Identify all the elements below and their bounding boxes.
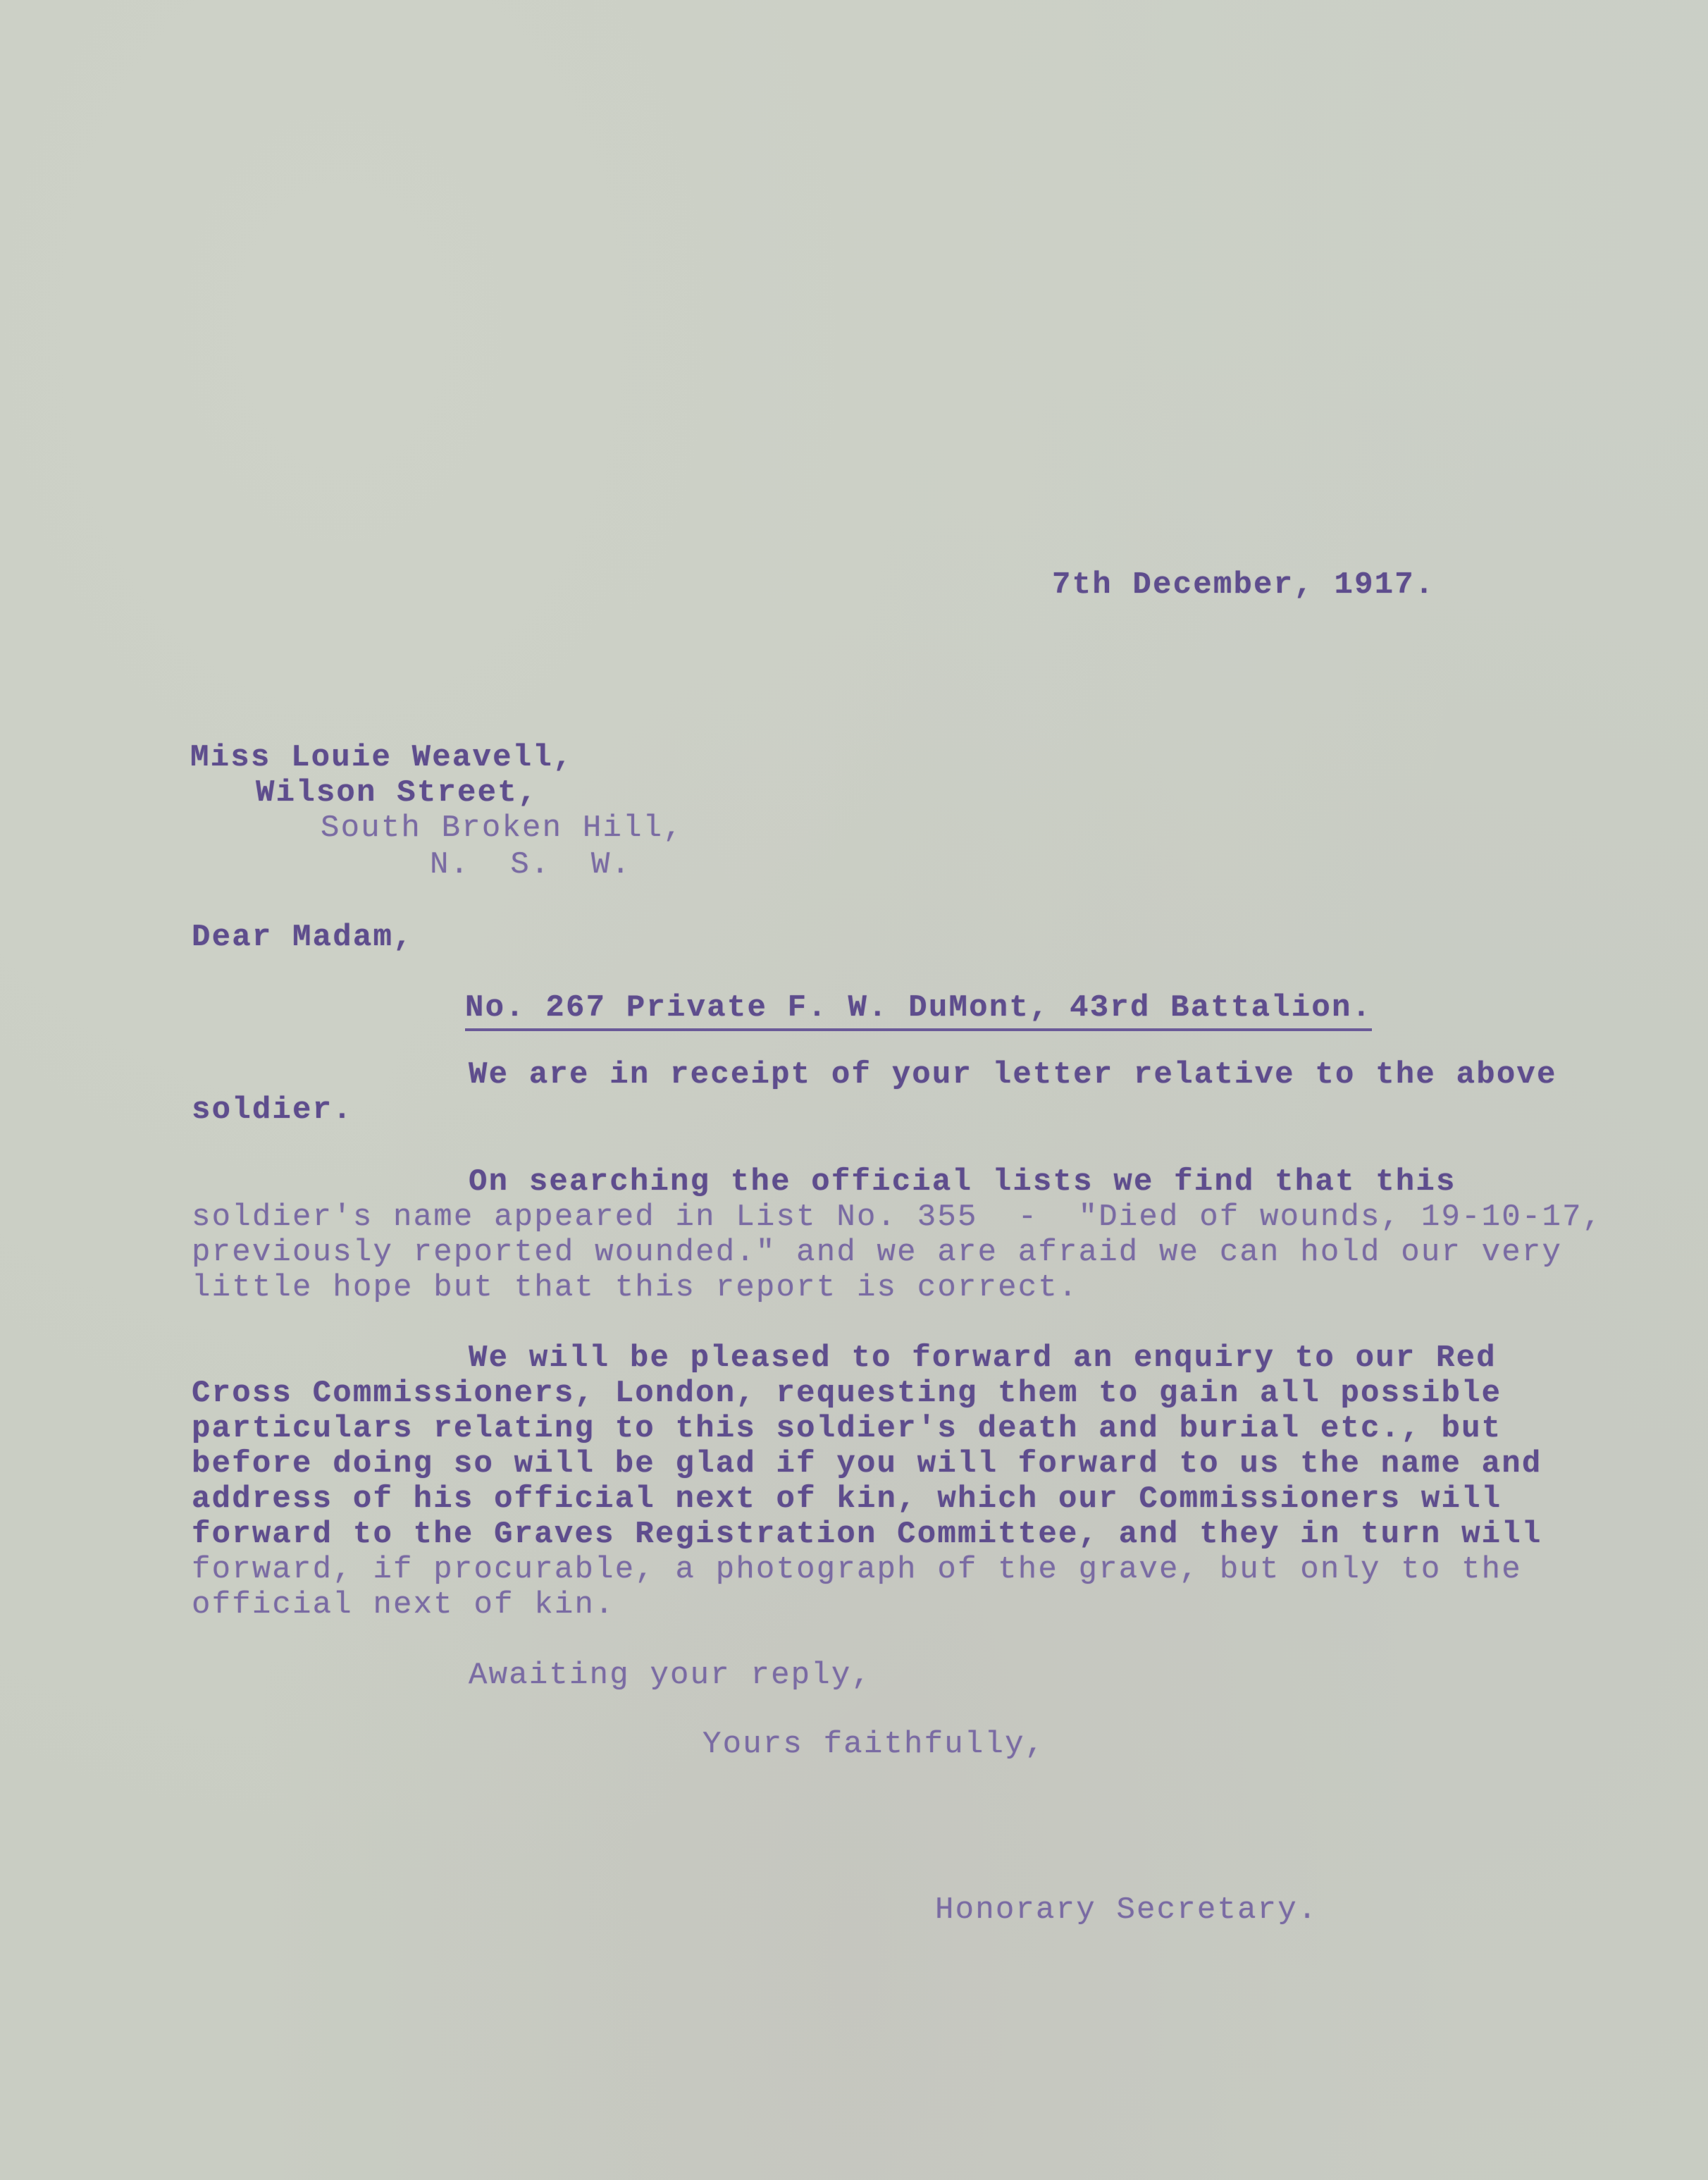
- paragraph-line: forward to the Graves Registration Commi…: [192, 1517, 1542, 1552]
- subject-line: No. 267 Private F. W. DuMont, 43rd Batta…: [465, 990, 1372, 1031]
- closing-line: Awaiting your reply,: [469, 1658, 872, 1693]
- recipient-street: Wilson Street,: [256, 775, 538, 811]
- salutation: Dear Madam,: [192, 920, 414, 955]
- signature-title: Honorary Secretary.: [935, 1892, 1318, 1928]
- paragraph-line: Cross Commissioners, London, requesting …: [192, 1376, 1502, 1411]
- valediction: Yours faithfully,: [703, 1727, 1045, 1762]
- letter-date: 7th December, 1917.: [1052, 567, 1435, 603]
- paragraph-line: On searching the official lists we find …: [469, 1164, 1456, 1200]
- paragraph-line: soldier's name appeared in List No. 355 …: [192, 1200, 1602, 1235]
- paragraph-line: soldier.: [192, 1092, 353, 1128]
- paragraph-line: little hope but that this report is corr…: [192, 1270, 1079, 1305]
- recipient-name: Miss Louie Weavell,: [190, 740, 573, 775]
- paragraph-line: address of his official next of kin, whi…: [192, 1482, 1502, 1517]
- paragraph-line: forward, if procurable, a photograph of …: [192, 1552, 1522, 1587]
- recipient-state: N. S. W.: [430, 847, 631, 882]
- paragraph-line: We are in receipt of your letter relativ…: [469, 1057, 1557, 1092]
- paragraph-line: previously reported wounded." and we are…: [192, 1235, 1562, 1270]
- paragraph-line: We will be pleased to forward an enquiry…: [469, 1341, 1497, 1376]
- paragraph-line: particulars relating to this soldier's d…: [192, 1411, 1502, 1446]
- letter-page: 7th December, 1917. Miss Louie Weavell, …: [0, 0, 1708, 2180]
- recipient-town: South Broken Hill,: [321, 811, 683, 846]
- paragraph-line: before doing so will be glad if you will…: [192, 1446, 1542, 1482]
- paragraph-line: official next of kin.: [192, 1587, 615, 1622]
